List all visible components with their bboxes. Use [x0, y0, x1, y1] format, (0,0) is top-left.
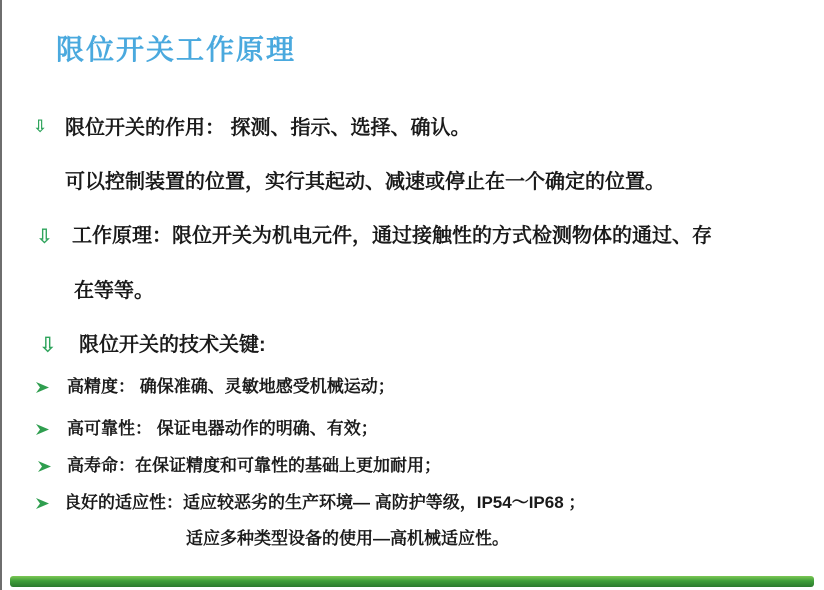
sub-bullet-4-text-line2: 适应多种类型设备的使用—高机械适应性。 [186, 529, 509, 549]
bullet-3-text: 限位开关的技术关键: [79, 333, 266, 357]
sub-bullet-3-text: 高寿命：在保证精度和可靠性的基础上更加耐用； [67, 456, 441, 476]
down-arrow-icon: ⇩ [33, 119, 47, 136]
arrowhead-bullet-icon [36, 423, 50, 441]
down-arrow-icon: ⇩ [36, 226, 53, 246]
presentation-slide: 限位开关工作原理 ⇩ 限位开关的作用： 探测、指示、选择、确认。 可以控制装置的… [0, 0, 824, 590]
bullet-1-text-line2: 可以控制装置的位置，实行其起动、减速或停止在一个确定的位置。 [65, 170, 665, 194]
bullet-2-text-line2: 在等等。 [74, 279, 154, 303]
bullet-1-text: 限位开关的作用： 探测、指示、选择、确认。 [65, 116, 471, 140]
arrowhead-bullet-icon [38, 460, 52, 478]
sub-bullet-2-text: 高可靠性： 保证电器动作的明确、有效； [67, 419, 378, 439]
sub-bullet-1-text: 高精度： 确保准确、灵敏地感受机械运动； [67, 377, 395, 397]
sub-bullet-4-text: 良好的适应性：适应较恶劣的生产环境— 高防护等级，IP54～IP68 ； [64, 493, 585, 513]
bullet-2-text: 工作原理：限位开关为机电元件，通过接触性的方式检测物体的通过、存 [72, 224, 712, 248]
left-edge-line [0, 0, 2, 590]
arrowhead-bullet-icon [36, 381, 50, 399]
arrowhead-bullet-icon [36, 497, 50, 515]
slide-title: 限位开关工作原理 [56, 28, 296, 68]
down-arrow-icon: ⇩ [39, 335, 57, 356]
footer-green-bar [10, 576, 814, 587]
